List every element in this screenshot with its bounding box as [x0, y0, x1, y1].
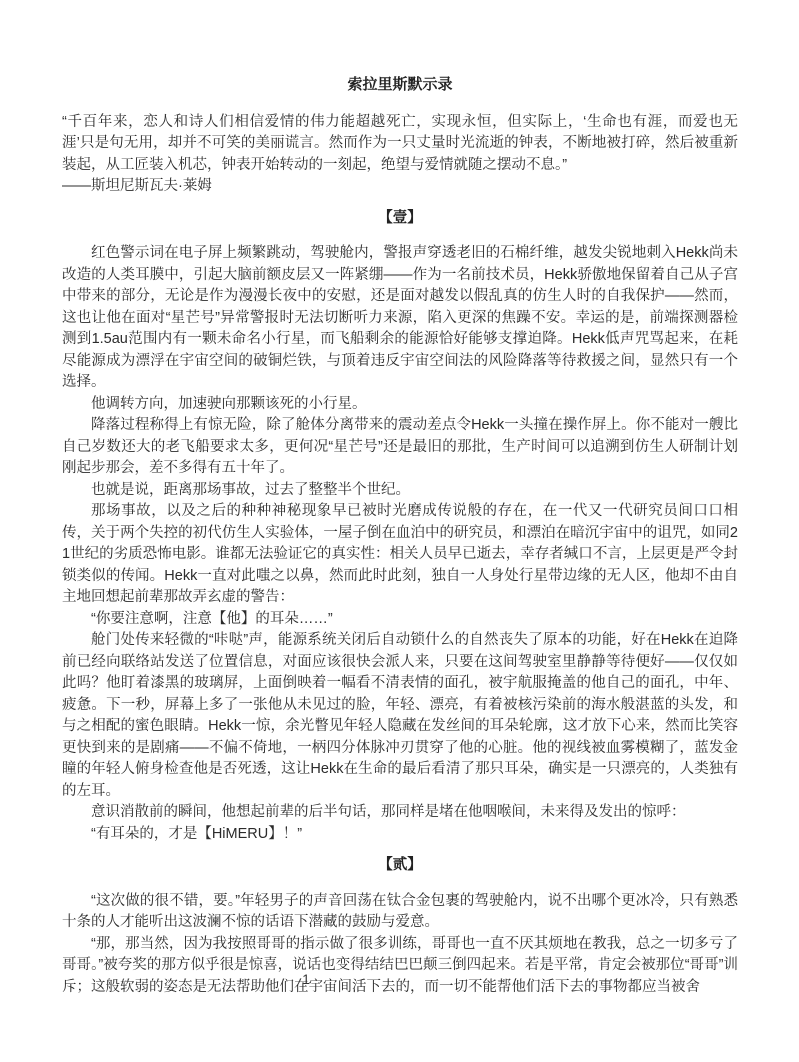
paragraph: 也就是说，距离那场事故，过去了整整半个世纪。	[62, 480, 738, 502]
paragraph: “有耳朵的，才是【HiMERU】！”	[62, 824, 738, 846]
page-title: 索拉里斯默示录	[62, 74, 738, 96]
sections: 【壹】红色警示词在电子屏上频繁跳动，驾驶舱内，警报声穿透老旧的石棉纤维，越发尖锐…	[62, 208, 738, 999]
paragraph: 他调转方向，加速驶向那颗该死的小行星。	[62, 394, 738, 416]
paragraph: “这次做的很不错，要。”年轻男子的声音回荡在钛合金包裹的驾驶舱内，说不出哪个更冰…	[62, 891, 738, 934]
epigraph-text: “千百年来，恋人和诗人们相信爱情的伟力能超越死亡，实现永恒，但实际上，‘生命也有…	[62, 112, 738, 177]
paragraph: 舱门处传来轻微的“咔哒”声，能源系统关闭后自动锁什么的自然丧失了原本的功能，好在…	[62, 630, 738, 802]
paragraph: 那场事故，以及之后的种种神秘现象早已被时光磨成传说般的存在，在一代又一代研究员间…	[62, 501, 738, 609]
paragraph: 降落过程称得上有惊无险，除了舱体分离带来的震动差点令Hekk一头撞在操作屏上。你…	[62, 415, 738, 480]
document-page: 索拉里斯默示录 “千百年来，恋人和诗人们相信爱情的伟力能超越死亡，实现永恒，但实…	[0, 0, 799, 1062]
page-number: 1	[286, 971, 326, 989]
section-heading: 【壹】	[62, 208, 738, 230]
paragraph: “那，那当然，因为我按照哥哥的指示做了很多训练，哥哥也一直不厌其烦地在教我，总之…	[62, 934, 738, 999]
epigraph-attribution: ——斯坦尼斯瓦夫·莱姆	[62, 176, 738, 198]
paragraph: 红色警示词在电子屏上频繁跳动，驾驶舱内，警报声穿透老旧的石棉纤维，越发尖锐地刺入…	[62, 243, 738, 394]
paragraph: 意识消散前的瞬间，他想起前辈的后半句话，那同样是堵在他咽喉间，未来得及发出的惊呼…	[62, 802, 738, 824]
paragraph: “你要注意啊，注意【他】的耳朵……”	[62, 609, 738, 631]
section-heading: 【贰】	[62, 855, 738, 877]
